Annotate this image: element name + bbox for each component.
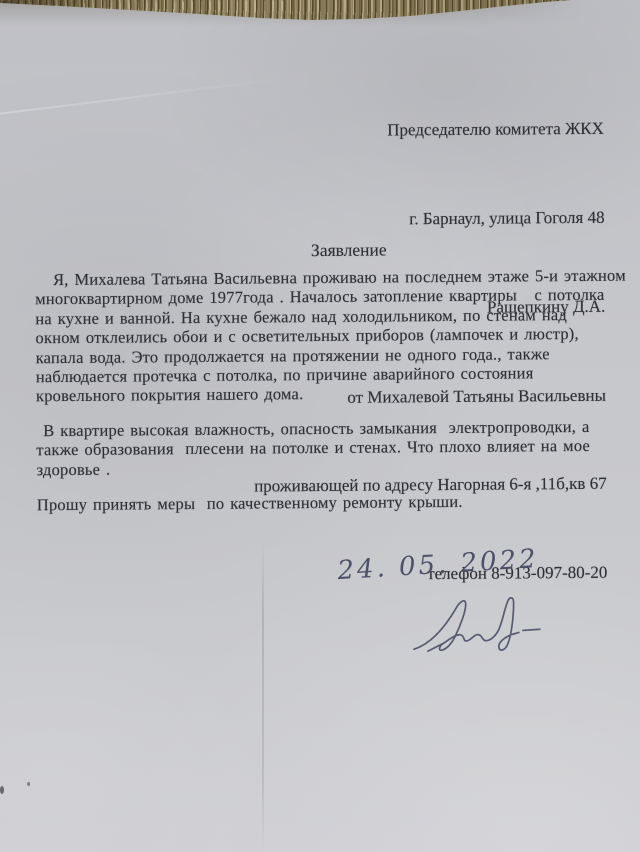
paper-sheet: Председателю комитета ЖКХ г. Барнаул, ул… — [0, 0, 640, 852]
recipient-line: Председателю комитета ЖКХ — [251, 114, 604, 146]
paragraph: Я, Михалева Татьяна Васильевна проживаю … — [35, 266, 627, 406]
paragraph: В квартире высокая влажность, опасность … — [36, 416, 627, 479]
letter-body: Я, Михалева Татьяна Васильевна проживаю … — [35, 266, 628, 515]
letter-title: Заявление — [311, 239, 387, 261]
recipient-line: г. Барнаул, улица Гоголя 48 — [252, 203, 605, 235]
document-photo: Председателю комитета ЖКХ г. Барнаул, ул… — [0, 0, 640, 852]
letter-content: Председателю комитета ЖКХ г. Барнаул, ул… — [0, 0, 640, 852]
body-line: кровельного покрытия нашего дома. — [36, 382, 627, 406]
handwritten-signature-icon — [399, 586, 560, 659]
